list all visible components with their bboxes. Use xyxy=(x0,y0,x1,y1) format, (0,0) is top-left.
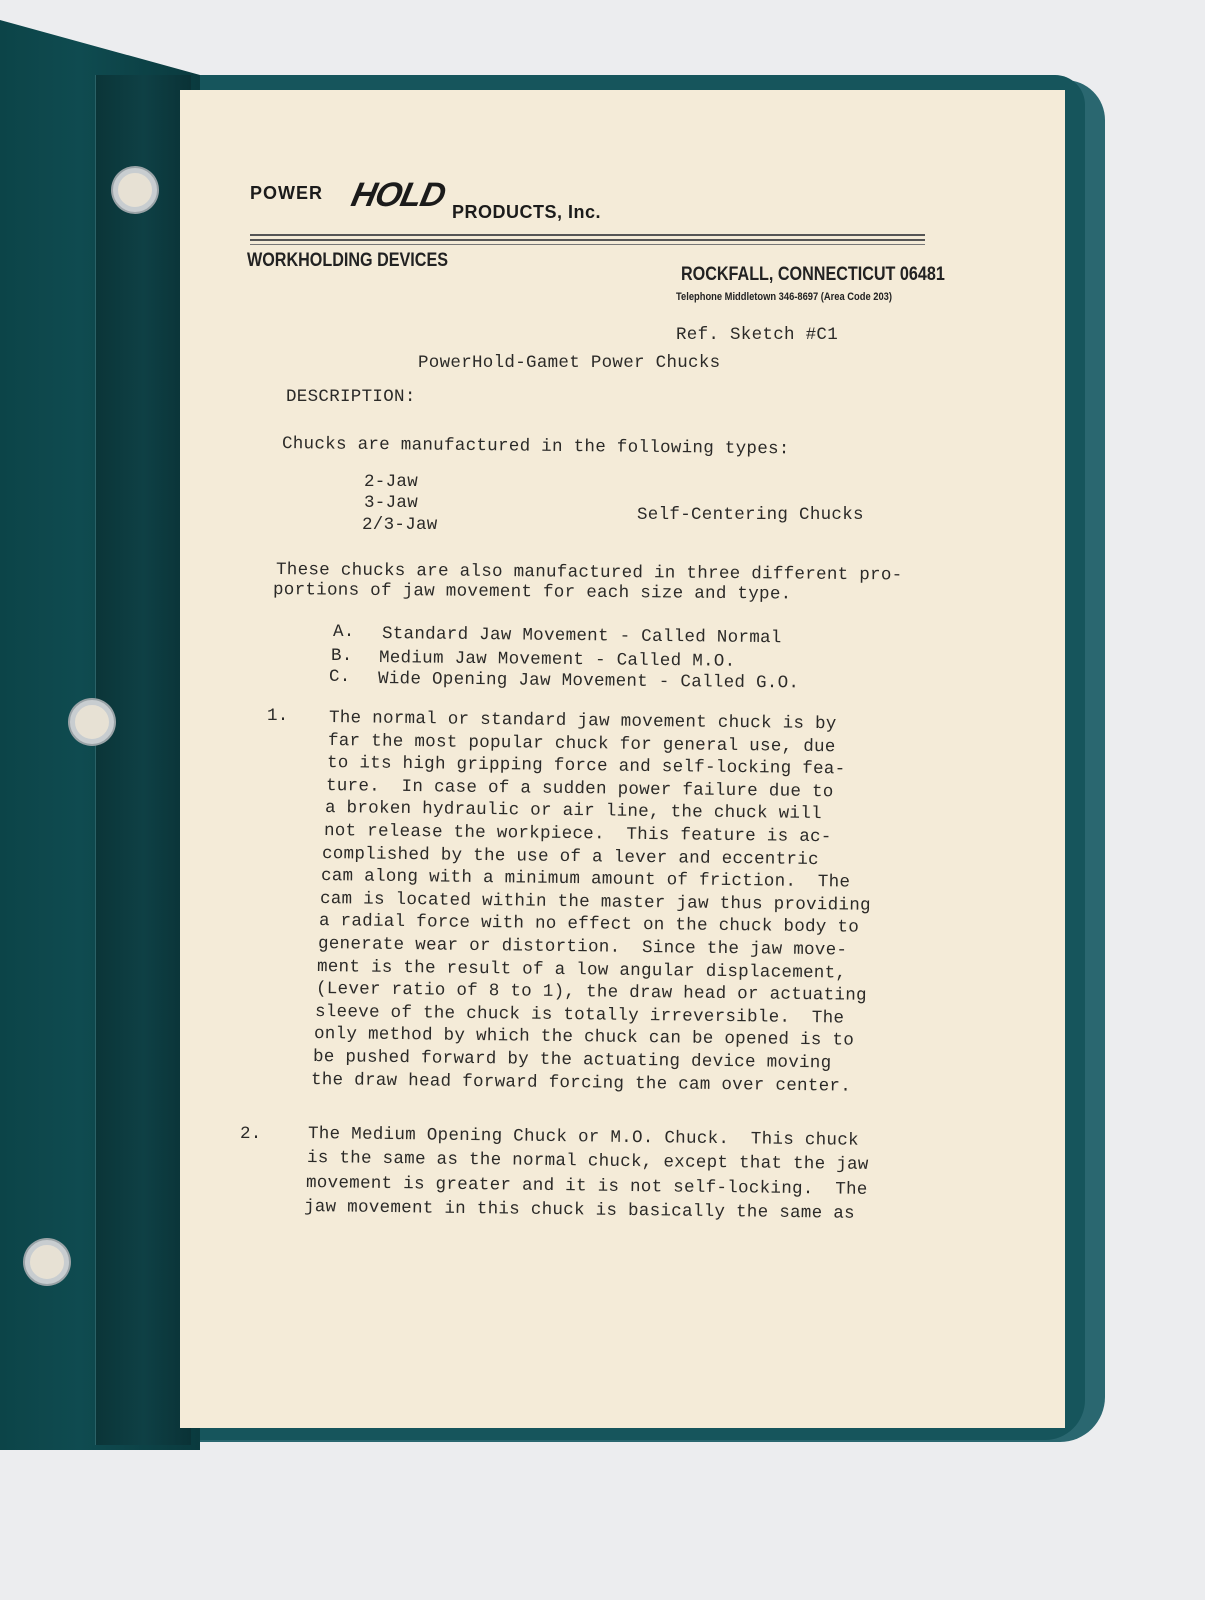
logo-power-text: POWER xyxy=(250,183,323,204)
letterhead-rule xyxy=(250,239,925,241)
letterhead-rule xyxy=(250,234,925,236)
division-name: WORKHOLDING DEVICES xyxy=(247,250,448,272)
movement-text: Standard Jaw Movement - Called Normal xyxy=(382,624,782,648)
binder-ring-hole-bottom xyxy=(25,1240,69,1284)
binder-spine xyxy=(95,75,191,1445)
movement-letter: C. xyxy=(329,667,351,687)
letterhead-rule xyxy=(250,244,925,245)
movement-text: Medium Jaw Movement - Called M.O. xyxy=(379,648,736,672)
company-location: ROCKFALL, CONNECTICUT 06481 xyxy=(681,264,945,286)
item-number: 1. xyxy=(267,706,289,726)
document-title: PowerHold-Gamet Power Chucks xyxy=(418,353,720,373)
logo-products-text: PRODUCTS, Inc. xyxy=(452,202,601,223)
movement-letter: B. xyxy=(331,646,353,666)
binder-ring-hole-middle xyxy=(70,700,114,744)
type-item: 2/3-Jaw xyxy=(362,515,438,535)
reference-sketch: Ref. Sketch #C1 xyxy=(676,325,838,345)
types-label: Self-Centering Chucks xyxy=(637,505,864,525)
section-heading: DESCRIPTION: xyxy=(286,387,416,407)
item-number: 2. xyxy=(240,1124,262,1144)
logo-hold-text: HOLD xyxy=(348,176,449,215)
type-item: 3-Jaw xyxy=(364,493,418,513)
type-item: 2-Jaw xyxy=(364,472,418,492)
movement-letter: A. xyxy=(333,622,355,642)
binder-ring-hole-top xyxy=(113,168,157,212)
company-telephone: Telephone Middletown 346-8697 (Area Code… xyxy=(676,291,892,303)
